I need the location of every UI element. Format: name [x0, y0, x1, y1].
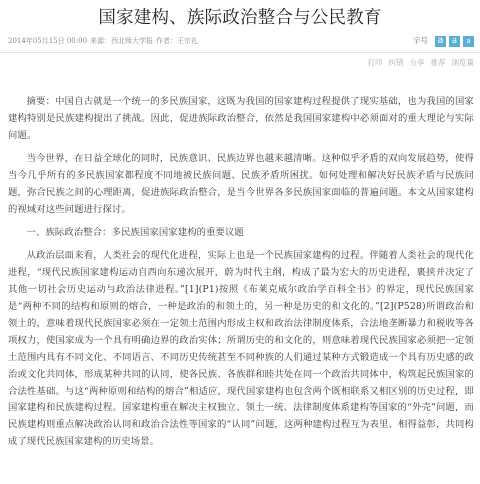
author-label: 作者： [156, 37, 177, 45]
article-meta: 2014年05月15日 00:00来源：西北师大学报作者：王宗礼 字号 a a … [8, 34, 474, 48]
article-title: 国家建构、族际政治整合与公民教育 [0, 6, 480, 30]
view-count-label: 浏览量 [452, 58, 475, 67]
article-byline: 2014年05月15日 00:00来源：西北师大学报作者：王宗礼 [8, 34, 201, 48]
font-size-medium-button[interactable]: a [449, 36, 460, 47]
font-size-large-button[interactable]: a [435, 36, 446, 47]
article-body: 摘要：中国自古就是一个统一的多民族国家，这既为我国的国家建构过程提供了现实基础，… [8, 94, 474, 458]
font-size-small-button[interactable]: a [463, 36, 474, 47]
publish-datetime: 2014年05月15日 00:00 [8, 37, 87, 45]
section-heading: 一、族际政治整合：多民族国家国家建构的重要议题 [8, 225, 474, 242]
source-label: 来源： [90, 37, 111, 45]
recommend-link[interactable]: 推荐 [431, 58, 446, 67]
author-name: 王宗礼 [177, 37, 198, 45]
source-name: 西北师大学报 [111, 37, 153, 45]
article-tools: 打印纠错分享推荐浏览量 [362, 57, 475, 69]
share-link[interactable]: 分享 [410, 58, 425, 67]
font-size-switcher: 字号 a a a [413, 34, 474, 48]
intro-paragraph: 当今世界，在日益全球化的同时，民族意识、民族边界也越来越清晰。这种似乎矛盾的双向… [8, 151, 474, 219]
font-size-label: 字号 [413, 34, 428, 48]
report-error-link[interactable]: 纠错 [389, 58, 404, 67]
print-link[interactable]: 打印 [368, 58, 383, 67]
body-paragraph: 从政治层面来看，人类社会的现代化进程，实际上也是一个民族国家建构的过程。伴随着人… [8, 248, 474, 451]
header-divider [0, 52, 480, 53]
abstract-paragraph: 摘要：中国自古就是一个统一的多民族国家，这既为我国的国家建构过程提供了现实基础，… [8, 94, 474, 145]
